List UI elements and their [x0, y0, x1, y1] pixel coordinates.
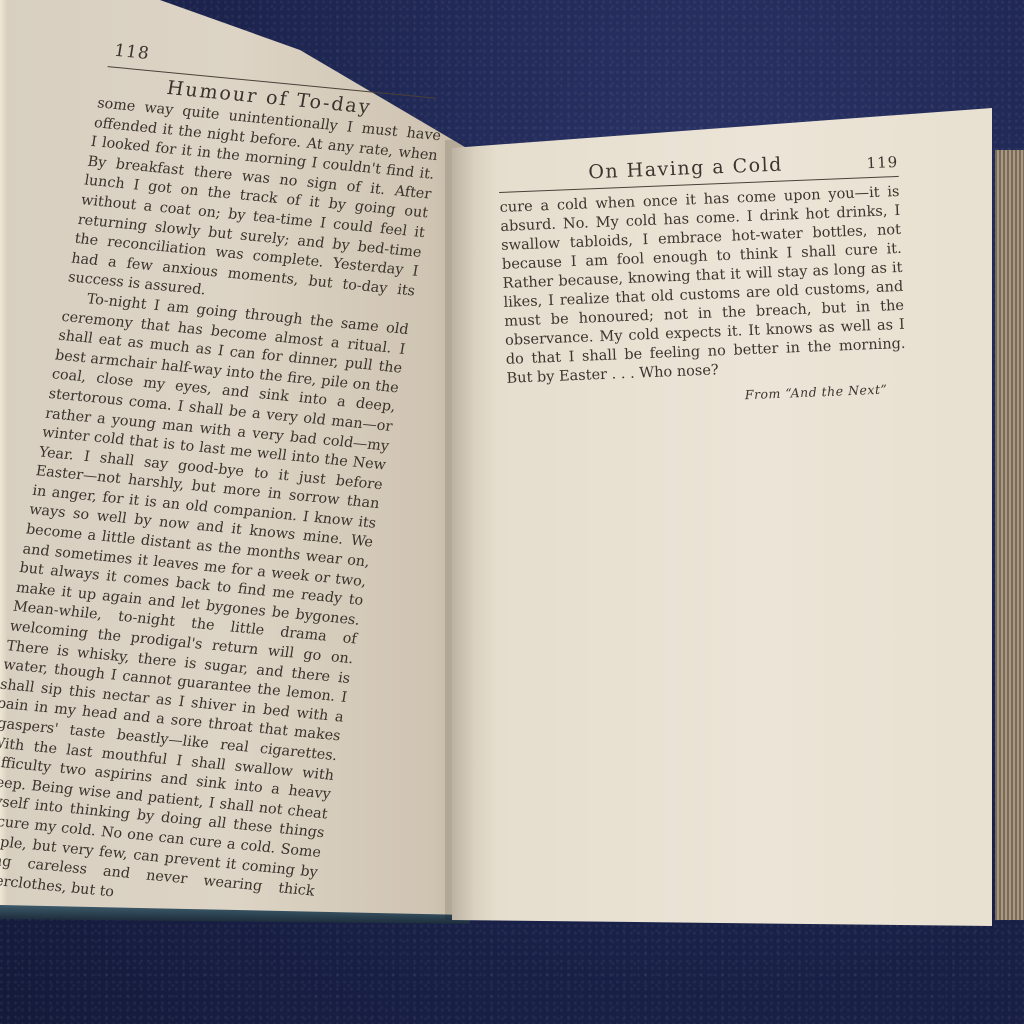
paragraph: some way quite unintentionally I must ha…	[66, 94, 442, 321]
gutter-shadow	[445, 140, 475, 920]
page-block-edge	[995, 150, 1024, 920]
right-page-text: On Having a Cold 119 cure a cold when on…	[498, 149, 908, 412]
paragraph: cure a cold when once it has come upon y…	[499, 183, 906, 389]
right-page-body: cure a cold when once it has come upon y…	[499, 183, 906, 389]
page-number-right: 119	[866, 153, 898, 172]
